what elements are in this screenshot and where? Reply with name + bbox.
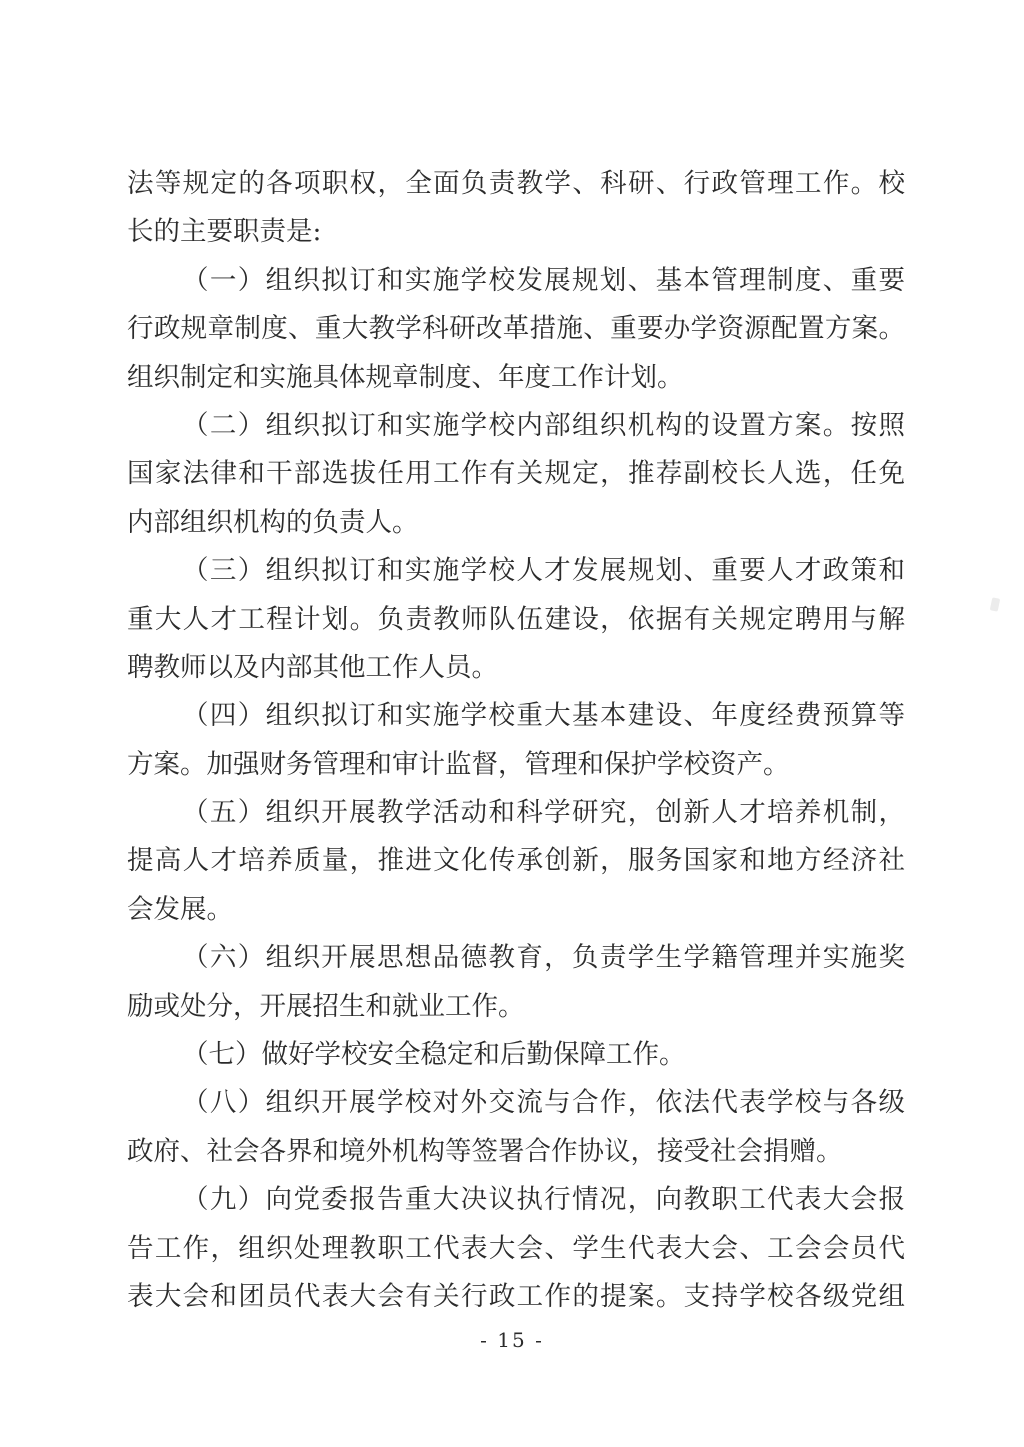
text-line: 聘教师以及内部其他工作人员。 [127, 644, 905, 692]
text-line: 重大人才工程计划。负责教师队伍建设，依据有关规定聘用与解 [127, 596, 905, 644]
text-line: 励或处分，开展招生和就业工作。 [127, 983, 905, 1031]
text-line: （四）组织拟订和实施学校重大基本建设、年度经费预算等 [127, 692, 905, 740]
text-line: （八）组织开展学校对外交流与合作，依法代表学校与各级 [127, 1079, 905, 1127]
text-line: （七）做好学校安全稳定和后勤保障工作。 [127, 1031, 905, 1079]
text-line: （三）组织拟订和实施学校人才发展规划、重要人才政策和 [127, 547, 905, 595]
text-line: 长的主要职责是: [127, 208, 905, 256]
text-line: （六）组织开展思想品德教育，负责学生学籍管理并实施奖 [127, 934, 905, 982]
text-line: 法等规定的各项职权，全面负责教学、科研、行政管理工作。校 [127, 160, 905, 208]
text-line: 政府、社会各界和境外机构等签署合作协议，接受社会捐赠。 [127, 1128, 905, 1176]
text-line: 方案。加强财务管理和审计监督，管理和保护学校资产。 [127, 741, 905, 789]
text-line: 表大会和团员代表大会有关行政工作的提案。支持学校各级党组 [127, 1273, 905, 1321]
text-line: 告工作，组织处理教职工代表大会、学生代表大会、工会会员代 [127, 1225, 905, 1273]
document-body: 法等规定的各项职权，全面负责教学、科研、行政管理工作。校长的主要职责是:（一）组… [127, 160, 905, 1321]
text-line: 会发展。 [127, 886, 905, 934]
scan-artifact [990, 597, 1001, 611]
text-line: （二）组织拟订和实施学校内部组织机构的设置方案。按照 [127, 402, 905, 450]
page-number: - 15 - [0, 1328, 1024, 1352]
text-line: 内部组织机构的负责人。 [127, 499, 905, 547]
text-line: （九）向党委报告重大决议执行情况，向教职工代表大会报 [127, 1176, 905, 1224]
text-line: （五）组织开展教学活动和科学研究，创新人才培养机制， [127, 789, 905, 837]
text-line: （一）组织拟订和实施学校发展规划、基本管理制度、重要 [127, 257, 905, 305]
text-line: 行政规章制度、重大教学科研改革措施、重要办学资源配置方案。 [127, 305, 905, 353]
document-page: 法等规定的各项职权，全面负责教学、科研、行政管理工作。校长的主要职责是:（一）组… [0, 0, 1024, 1447]
text-line: 组织制定和实施具体规章制度、年度工作计划。 [127, 354, 905, 402]
text-line: 国家法律和干部选拔任用工作有关规定，推荐副校长人选，任免 [127, 450, 905, 498]
text-line: 提高人才培养质量，推进文化传承创新，服务国家和地方经济社 [127, 837, 905, 885]
